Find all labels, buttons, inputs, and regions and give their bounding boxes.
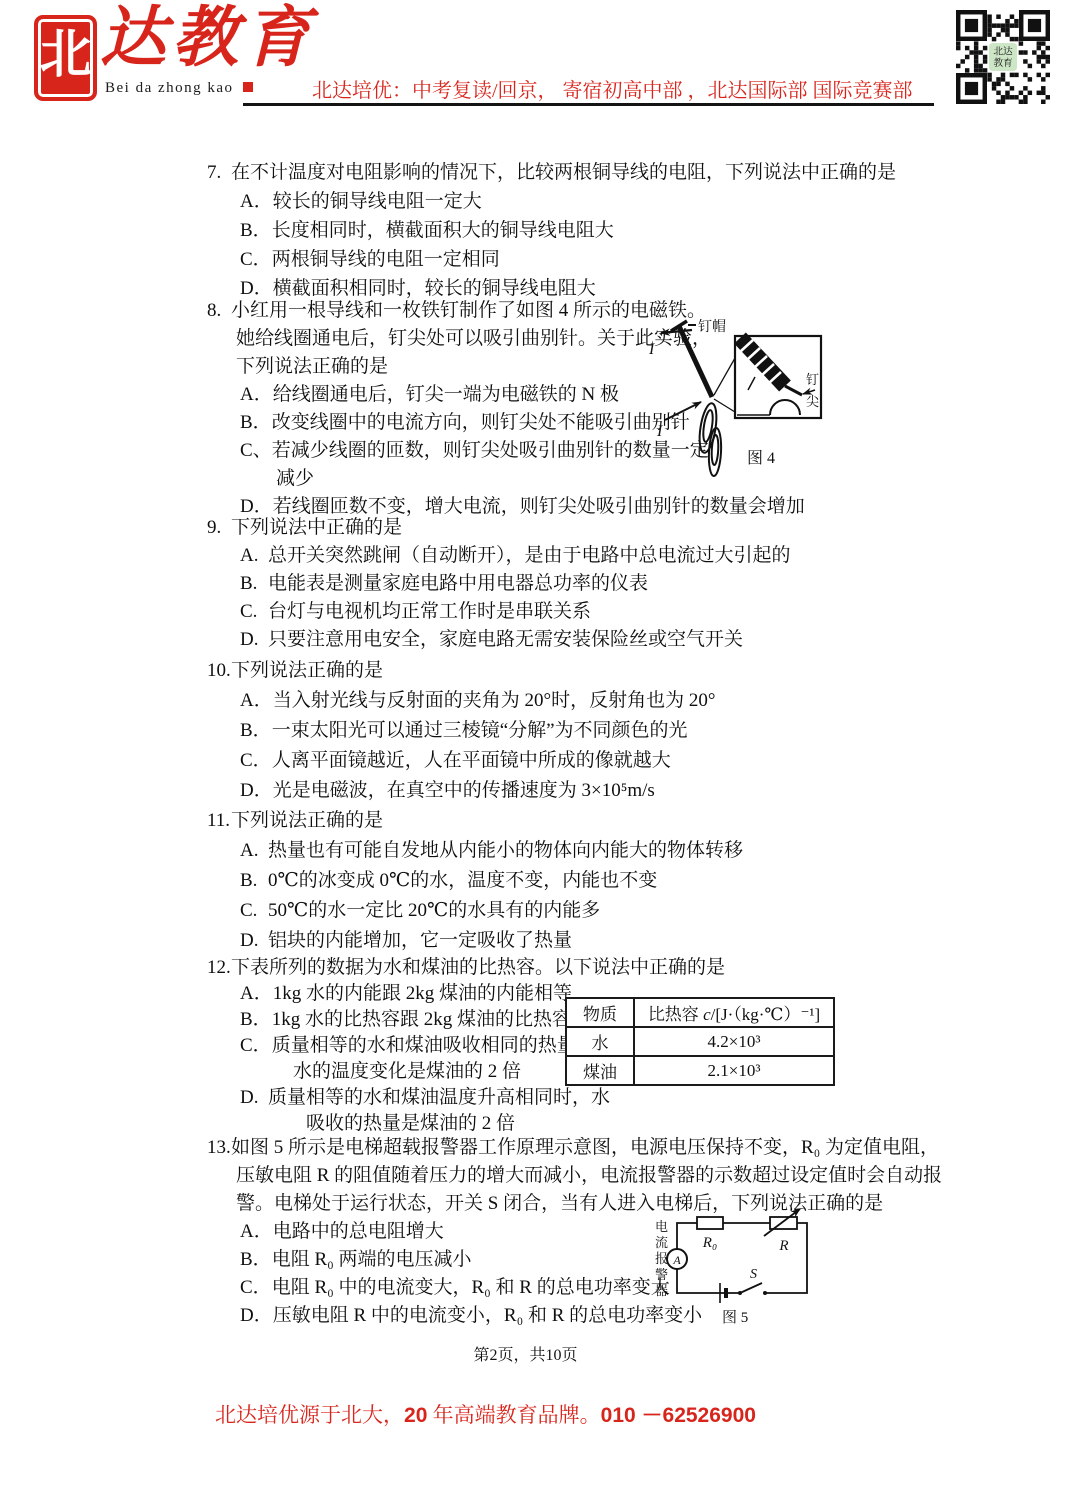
option-text: 热量也有可能自发地从内能小的物体向内能大的物体转移	[268, 840, 743, 861]
option-text: 0℃的冰变成 0℃的水，温度不变，内能也不变	[268, 870, 657, 891]
current-label-2: I	[656, 423, 663, 440]
option-text: 铝块的内能增加，它一定吸收了热量	[268, 930, 572, 951]
q7-option-a: A．较长的铜导线电阻一定大	[207, 187, 947, 216]
brand-subtitle: Bei da zhong kao	[105, 80, 253, 97]
option-text: 两根铜导线的电阻一定相同	[272, 249, 500, 270]
option-text: 电阻 R₀ 中的电流变大，R₀ 和 R 的总电功率变大	[272, 1277, 670, 1298]
option-label: A．	[240, 1218, 273, 1246]
resistor-r0-label: R₀	[702, 1235, 717, 1251]
q9-option-c: C.台灯与电视机均正常工作时是串联关系	[207, 598, 947, 626]
nail-tip-label-char2: 尖	[806, 394, 819, 409]
q13-option-c: C．电阻 R₀ 中的电流变大，R₀ 和 R 的总电功率变大	[207, 1274, 947, 1302]
exam-page: 北 达教育 Bei da zhong kao 北达培优：中考复读/回京， 寄宿初…	[0, 0, 1087, 1512]
option-label: B.	[240, 866, 268, 896]
option-label: C．	[240, 746, 272, 776]
option-label: C.	[240, 598, 268, 626]
option-label: D.	[240, 1085, 268, 1111]
q13-stem-line3: 警。电梯处于运行状态，开关 S 闭合，当有人进入电梯后，下列说法正确的是	[207, 1190, 947, 1218]
stem-text: 小红用一根导线和一枚铁钉制作了如图 4 所示的电磁铁。	[231, 300, 706, 321]
switch-label: S	[750, 1267, 757, 1282]
red-square-icon	[243, 82, 253, 92]
option-text: 1kg 水的比热容跟 2kg 煤油的比热容相等	[272, 1009, 609, 1030]
nail-head-label: 钉帽	[698, 319, 726, 335]
option-text: 只要注意用电安全，家庭电路无需安装保险丝或空气开关	[268, 629, 743, 650]
option-text: 给线圈通电后，钉尖一端为电磁铁的 N 极	[273, 384, 619, 405]
resistor-r0-icon	[697, 1217, 723, 1229]
q12-stem: 12.下表所列的数据为水和煤油的比热容。以下说法中正确的是	[207, 955, 947, 981]
option-text: 1kg 水的内能跟 2kg 煤油的内能相等	[273, 983, 572, 1004]
col-header-text: 比热容	[648, 1005, 703, 1024]
option-text: 横截面积相同时，较长的铜导线电阻大	[273, 278, 596, 299]
resistor-r-label: R	[778, 1238, 788, 1254]
stem-text: 下列说法正确的是	[231, 660, 383, 681]
stem-text: 在不计温度对电阻影响的情况下，比较两根铜导线的电阻，下列说法中正确的是	[231, 162, 896, 183]
question-number: 11.	[207, 806, 231, 836]
option-text: 电能表是测量家庭电路中用电器总功率的仪表	[268, 573, 648, 594]
option-label: A．	[240, 686, 273, 716]
option-text: 一束太阳光可以通过三棱镜“分解”为不同颜色的光	[272, 720, 688, 741]
question-11: 11.下列说法正确的是 A.热量也有可能自发地从内能小的物体向内能大的物体转移 …	[207, 806, 947, 956]
specific-heat-table: 物质 比热容 c/[J·（kg·℃）⁻¹] 水 4.2×10³ 煤油 2.1×1…	[565, 997, 835, 1086]
svg-text:流: 流	[655, 1235, 668, 1250]
option-text: 50℃的水一定比 20℃的水具有的内能多	[268, 900, 600, 921]
current-label-1: I	[648, 341, 655, 358]
resistor-r-icon	[770, 1217, 797, 1229]
q10-option-c: C．人离平面镜越近，人在平面镜中所成的像就越大	[207, 746, 947, 776]
question-13: 13.如图 5 所示是电梯超载报警器工作原理示意图，电源电压保持不变，R₀ 为定…	[207, 1134, 947, 1330]
col-header-symbol: c	[703, 1005, 711, 1024]
stem-text: 下列说法正确的是	[231, 810, 383, 831]
option-text: 较长的铜导线电阻一定大	[273, 191, 482, 212]
question-number: 9.	[207, 514, 231, 542]
nail-head-arrow	[661, 330, 692, 333]
option-text: 吸收的热量是煤油的 2 倍	[306, 1113, 515, 1134]
q13-stem: 13.如图 5 所示是电梯超载报警器工作原理示意图，电源电压保持不变，R₀ 为定…	[207, 1134, 947, 1162]
stem-text: 下列说法中正确的是	[231, 517, 402, 538]
option-label: A.	[240, 836, 268, 866]
figure-4-electromagnet: 钉帽 I I 钉 尖 图	[645, 300, 890, 480]
question-number: 13.	[207, 1134, 231, 1162]
brand-subtitle-text: Bei da zhong kao	[105, 80, 234, 96]
option-text: 减少	[276, 468, 314, 489]
question-10: 10.下列说法正确的是 A．当入射光线与反射面的夹角为 20°时，反射角也为 2…	[207, 656, 947, 806]
option-text: 质量相等的水和煤油温度升高相同时，水	[268, 1087, 610, 1108]
stem-text: 下列说法正确的是	[236, 356, 388, 377]
option-label: C．	[240, 1274, 272, 1302]
option-label: A.	[240, 542, 268, 570]
brand-seal: 北	[34, 15, 97, 101]
col-substance: 物质	[566, 998, 634, 1027]
question-number: 7.	[207, 158, 231, 187]
figure-5-circuit: 电 流 报 警 器 A R₀ R S 图 5	[650, 1206, 820, 1331]
stem-text: 如图 5 所示是电梯超载报警器工作原理示意图，电源电压保持不变，R₀ 为定值电阻…	[231, 1137, 939, 1158]
qr-center-text-bottom: 教育	[993, 56, 1013, 69]
promo-text: 北达培优源于北大，	[215, 1403, 404, 1427]
brand-seal-char: 北	[39, 30, 91, 82]
option-text: 人离平面镜越近，人在平面镜中所成的像就越大	[272, 750, 671, 771]
current-arrow	[665, 402, 701, 420]
promo-phone: 010 －62526900	[601, 1404, 756, 1427]
option-label: D.	[240, 926, 268, 956]
option-label: C．	[240, 1033, 272, 1059]
cell-substance: 煤油	[566, 1056, 634, 1085]
q7-stem: 7.在不计温度对电阻影响的情况下，比较两根铜导线的电阻，下列说法中正确的是	[207, 158, 947, 187]
svg-text:器: 器	[655, 1283, 668, 1298]
option-text: 压敏电阻 R 中的电流变小，R₀ 和 R 的总电功率变小	[273, 1305, 702, 1326]
q13-option-a: A．电路中的总电阻增大	[207, 1218, 947, 1246]
promo-text: 年高端教育品牌。	[427, 1403, 600, 1427]
q12-option-d: D.质量相等的水和煤油温度升高相同时，水	[207, 1085, 947, 1111]
option-label: B．	[240, 1246, 272, 1274]
cell-value: 4.2×10³	[634, 1027, 834, 1056]
option-label: C、	[240, 437, 272, 465]
switch-icon	[738, 1283, 767, 1295]
option-label: B.	[240, 570, 268, 598]
footer-promo: 北达培优源于北大，20 年高端教育品牌。010 －62526900	[0, 1399, 1029, 1429]
option-text: 若减少线圈的匝数，则钉尖处吸引曲别针的数量一定	[272, 440, 709, 461]
option-text: 光是电磁波，在真空中的传播速度为 3×10⁵m/s	[273, 780, 655, 801]
q9-option-a: A.总开关突然跳闸（自动断开），是由于电路中总电流过大引起的	[207, 542, 947, 570]
table-header-row: 物质 比热容 c/[J·（kg·℃）⁻¹]	[566, 998, 834, 1027]
option-label: B．	[240, 409, 272, 437]
option-text: 电路中的总电阻增大	[273, 1221, 444, 1242]
qr-code-icon: 北达 教育	[953, 10, 1053, 104]
q7-option-c: C．两根铜导线的电阻一定相同	[207, 245, 947, 274]
promo-years: 20	[404, 1404, 427, 1427]
stem-text: 下表所列的数据为水和煤油的比热容。以下说法中正确的是	[231, 957, 725, 978]
table-row: 水 4.2×10³	[566, 1027, 834, 1056]
option-text: 台灯与电视机均正常工作时是串联关系	[268, 601, 591, 622]
q10-option-d: D．光是电磁波，在真空中的传播速度为 3×10⁵m/s	[207, 776, 947, 806]
option-label: C.	[240, 896, 268, 926]
stem-text: 她给线圈通电后，钉尖处可以吸引曲别针。关于此实验，	[236, 328, 711, 349]
option-text: 长度相同时，横截面积大的铜导线电阻大	[272, 220, 614, 241]
cell-substance: 水	[566, 1027, 634, 1056]
q10-option-a: A．当入射光线与反射面的夹角为 20°时，反射角也为 20°	[207, 686, 947, 716]
col-specific-heat: 比热容 c/[J·（kg·℃）⁻¹]	[634, 998, 834, 1027]
question-9: 9.下列说法中正确的是 A.总开关突然跳闸（自动断开），是由于电路中总电流过大引…	[207, 514, 947, 654]
q13-option-d: D．压敏电阻 R 中的电流变小，R₀ 和 R 的总电功率变小	[207, 1302, 947, 1330]
option-label: A．	[240, 381, 273, 409]
nail-shaft	[679, 326, 712, 397]
option-label: C．	[240, 245, 272, 274]
q9-stem: 9.下列说法中正确的是	[207, 514, 947, 542]
figure-4-caption: 图 4	[747, 449, 775, 467]
question-number: 8.	[207, 297, 231, 325]
svg-text:电: 电	[655, 1219, 668, 1234]
option-text: 水的温度变化是煤油的 2 倍	[293, 1061, 521, 1082]
svg-text:警: 警	[655, 1267, 668, 1282]
option-label: D．	[240, 776, 273, 806]
cell-value: 2.1×10³	[634, 1056, 834, 1085]
paper-clips	[697, 402, 723, 476]
option-label: A．	[240, 187, 273, 216]
option-text: 电阻 R₀ 两端的电压减小	[272, 1249, 472, 1270]
q9-option-d: D.只要注意用电安全，家庭电路无需安装保险丝或空气开关	[207, 626, 947, 654]
option-label: B．	[240, 216, 272, 245]
ammeter-symbol: A	[672, 1253, 681, 1267]
q10-option-b: B．一束太阳光可以通过三棱镜“分解”为不同颜色的光	[207, 716, 947, 746]
stem-text: 压敏电阻 R 的阻值随着压力的增大而减小，电流报警器的示数超过设定值时会自动报	[236, 1165, 942, 1186]
qr-center-text-top: 北达	[993, 45, 1013, 58]
zoom-line-bottom	[714, 399, 735, 412]
circuit-wires	[677, 1223, 807, 1293]
option-text: 质量相等的水和煤油吸收相同的热量时，	[272, 1035, 614, 1056]
q13-option-b: B．电阻 R₀ 两端的电压减小	[207, 1246, 947, 1274]
q11-option-c: C.50℃的水一定比 20℃的水具有的内能多	[207, 896, 947, 926]
col-header-unit: /[J·（kg·℃）⁻¹]	[711, 1005, 821, 1024]
q9-option-b: B.电能表是测量家庭电路中用电器总功率的仪表	[207, 570, 947, 598]
header-divider	[243, 103, 934, 106]
option-label: D．	[240, 1302, 273, 1330]
q10-stem: 10.下列说法正确的是	[207, 656, 947, 686]
option-text: 改变线圈中的电流方向，则钉尖处不能吸引曲别针	[272, 412, 690, 433]
nail-tip-label-char1: 钉	[806, 372, 819, 387]
table-row: 煤油 2.1×10³	[566, 1056, 834, 1085]
header-tagline: 北达培优：中考复读/回京， 寄宿初高中部 ，北达国际部 国际竞赛部	[312, 74, 913, 103]
question-number: 10.	[207, 656, 231, 686]
option-label: B．	[240, 1007, 272, 1033]
page-number: 第2页，共10页	[0, 1342, 1069, 1365]
q11-option-d: D.铝块的内能增加，它一定吸收了热量	[207, 926, 947, 956]
option-label: D.	[240, 626, 268, 654]
q11-option-b: B.0℃的冰变成 0℃的水，温度不变，内能也不变	[207, 866, 947, 896]
option-text: 当入射光线与反射面的夹角为 20°时，反射角也为 20°	[273, 690, 716, 711]
figure-5-caption: 图 5	[722, 1309, 748, 1326]
option-label: A．	[240, 981, 273, 1007]
q7-option-b: B．长度相同时，横截面积大的铜导线电阻大	[207, 216, 947, 245]
question-number: 12.	[207, 955, 231, 981]
zoom-line-top	[714, 358, 735, 395]
brand-name: 达教育	[100, 6, 316, 72]
q11-option-a: A.热量也有可能自发地从内能小的物体向内能大的物体转移	[207, 836, 947, 866]
option-text: 总开关突然跳闸（自动断开），是由于电路中总电流过大引起的	[268, 545, 791, 566]
option-label: B．	[240, 716, 272, 746]
question-7: 7.在不计温度对电阻影响的情况下，比较两根铜导线的电阻，下列说法中正确的是 A．…	[207, 158, 947, 303]
q13-stem-line2: 压敏电阻 R 的阻值随着压力的增大而减小，电流报警器的示数超过设定值时会自动报	[207, 1162, 947, 1190]
q11-stem: 11.下列说法正确的是	[207, 806, 947, 836]
